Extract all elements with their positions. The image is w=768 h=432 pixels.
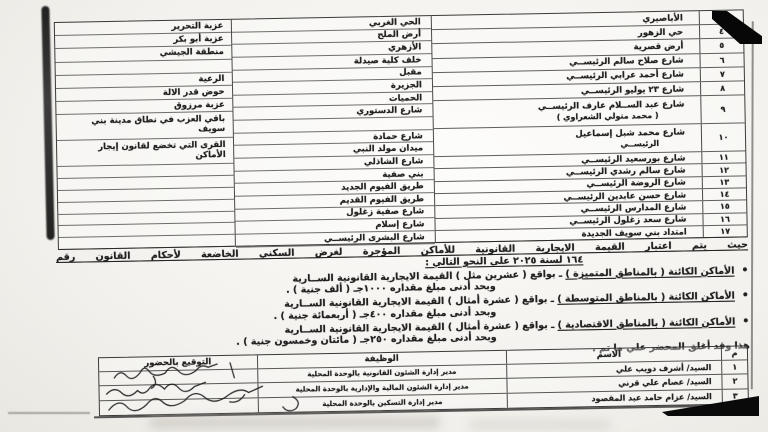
serial: ١ <box>721 360 747 374</box>
row-number: ١٠ <box>701 124 745 152</box>
serial: ٢ <box>721 374 747 388</box>
row-number: ١٧ <box>703 225 747 237</box>
numbered-streets-column: ٣الأباصيري ٤حي الزهور ٥أرض قصرية ٦شارع ص… <box>432 10 747 242</box>
bullet-icon: • <box>741 264 748 276</box>
row-number: ١٣ <box>702 176 746 188</box>
bullet-icon: • <box>742 315 749 327</box>
row-number: ٦ <box>699 53 743 67</box>
middle-areas-column: الحي الغربي أرض الملح الأزهري خلف كلية ص… <box>232 16 436 246</box>
scan-smudge <box>470 420 610 429</box>
row-number: ١٤ <box>702 188 746 200</box>
row-number: ٨ <box>700 81 744 95</box>
document-sheet: ٣الأباصيري ٤حي الزهور ٥أرض قصرية ٦شارع ص… <box>0 0 768 432</box>
area-name: القرى التي تخضع لقانون إيجار الأماكن <box>57 138 234 167</box>
empty-row <box>59 235 236 250</box>
header-serial: م <box>721 346 747 359</box>
bullet-icon: • <box>742 289 749 301</box>
scan-smudge <box>150 417 440 428</box>
row-number: ١٢ <box>702 164 746 176</box>
rent-law-notes: حيث يتم اعتبار القيمة الايجارية القانوني… <box>56 239 750 364</box>
row-number: ١٦ <box>702 213 746 225</box>
districts-table: ٣الأباصيري ٤حي الزهور ٥أرض قصرية ٦شارع ص… <box>54 9 748 250</box>
row-number: ١١ <box>701 151 745 163</box>
scanned-document-page: ٣الأباصيري ٤حي الزهور ٥أرض قصرية ٦شارع ص… <box>0 0 768 432</box>
street-name-cell: شارع محمد شبل إسماعيلالرئيســي <box>434 124 702 156</box>
row-number: ١٥ <box>702 201 746 213</box>
area-name: باقي العزب في نطاق مدينة بني سويف <box>56 112 233 141</box>
row-number: ٧ <box>700 67 744 81</box>
signature-cell <box>100 398 258 415</box>
row-number: ٩ <box>700 96 744 124</box>
page-edge-line <box>751 21 754 389</box>
left-areas-column: عزبة التحرير عزبة أبو بكر منطقة الجيشي ا… <box>55 20 237 249</box>
street-name-cell: شارع عبد الســلام عارف الرئيســي( محمد م… <box>433 96 701 128</box>
scan-line-bottom-left <box>8 412 90 414</box>
